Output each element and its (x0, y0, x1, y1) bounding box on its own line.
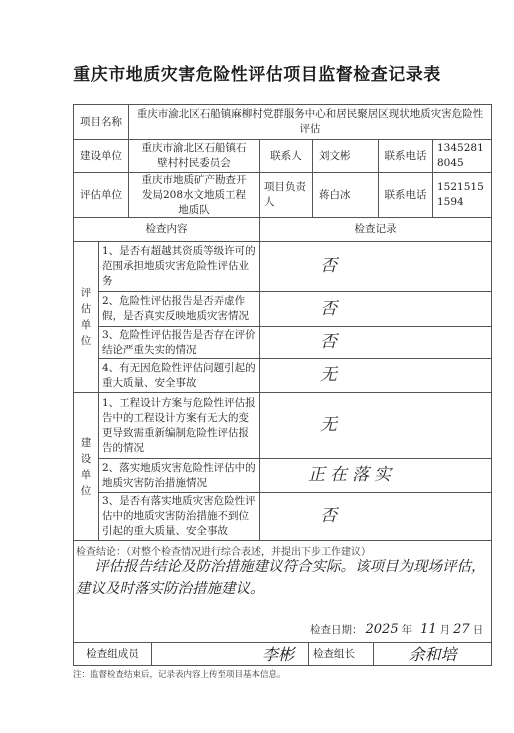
category-char: 位 (81, 483, 92, 499)
construction-unit-value: 重庆市渝北区石船镇石壁村村民委员会 (128, 139, 260, 173)
section-category-construction-unit: 建 设 单 位 (73, 392, 99, 541)
category-char: 设 (81, 451, 92, 467)
category-char: 单 (81, 467, 92, 483)
check-item-record: 否 (259, 326, 492, 359)
contact-name: 刘文彬 (312, 139, 379, 173)
members-signature: 李彬 (151, 642, 309, 666)
category-char: 位 (81, 333, 92, 349)
check-item-record: 否 (259, 241, 492, 292)
check-item-record: 正在落实 (259, 458, 492, 493)
leader-label: 检查组长 (308, 642, 374, 666)
project-leader-name: 蒋白冰 (312, 172, 379, 218)
check-item-content: 2、落实地质灾害危险性评估中的地质灾害防治措施情况 (98, 458, 260, 493)
check-item-record: 否 (259, 492, 492, 541)
check-item-record: 无 (259, 358, 492, 393)
check-item-content: 1、工程设计方案与危险性评估报告中的工程设计方案有无大的变更导致需重新编制危险性… (98, 392, 260, 459)
page-title: 重庆市地质灾害危险性评估项目监督检查记录表 (0, 60, 514, 85)
check-item-content: 4、有无因危险性评估问题引起的重大质量、安全事故 (98, 358, 260, 393)
date-month-unit: 月 (440, 624, 451, 636)
check-item-content: 3、是否有落实地质灾害危险性评估中的地质灾害防治措施不到位引起的重大质量、安全事… (98, 492, 260, 541)
category-char: 评 (81, 285, 92, 301)
construction-unit-label: 建设单位 (73, 139, 129, 173)
category-char: 单 (81, 317, 92, 333)
project-name-label: 项目名称 (73, 104, 129, 140)
project-name-value: 重庆市渝北区石船镇麻柳村党群服务中心和居民聚居区现状地质灾害危险性评估 (128, 104, 492, 140)
category-char: 建 (81, 435, 92, 451)
footnote: 注：监督检查结束后，记录表内容上传至项目基本信息。 (73, 668, 286, 680)
leader-signature: 余和培 (373, 642, 492, 666)
check-item-content: 2、危险性评估报告是否弄虚作假，是否真实反映地质灾害情况 (98, 291, 260, 327)
record-column-header: 检查记录 (259, 217, 492, 242)
check-item-record: 无 (259, 392, 492, 459)
check-item-content: 1、是否有超越其资质等级许可的范围承担地质灾害危险性评估业务 (98, 241, 260, 292)
category-char: 估 (81, 301, 92, 317)
date-label: 检查日期： (310, 624, 363, 636)
project-leader-label: 项目负责人 (259, 172, 313, 218)
inspection-date: 检查日期：2025年11月27日 (310, 622, 483, 637)
members-label: 检查组成员 (73, 642, 152, 666)
section-category-evaluation-unit: 评 估 单 位 (73, 241, 99, 393)
construction-phone-value: 13452818045 (432, 139, 492, 173)
date-month: 11 (420, 622, 437, 637)
evaluation-unit-value: 重庆市地质矿产勘查开发局208水文地质工程地质队 (128, 172, 260, 218)
date-day: 27 (453, 622, 470, 637)
conclusion-text: 评估报告结论及防治措施建议符合实际。该项目为现场评估，建议及时落实防治措施建议。 (76, 556, 490, 600)
check-item-record: 否 (259, 291, 492, 327)
date-year-unit: 年 (402, 624, 413, 636)
evaluation-phone-label: 联系电话 (378, 172, 433, 218)
evaluation-unit-label: 评估单位 (73, 172, 129, 218)
check-item-content: 3、危险性评估报告是否存在评价结论严重失实的情况 (98, 326, 260, 359)
contact-label: 联系人 (259, 139, 313, 173)
content-column-header: 检查内容 (73, 217, 260, 242)
date-year: 2025 (366, 622, 399, 637)
evaluation-phone-value: 15215151594 (432, 172, 492, 218)
date-day-unit: 日 (473, 624, 484, 636)
construction-phone-label: 联系电话 (378, 139, 433, 173)
